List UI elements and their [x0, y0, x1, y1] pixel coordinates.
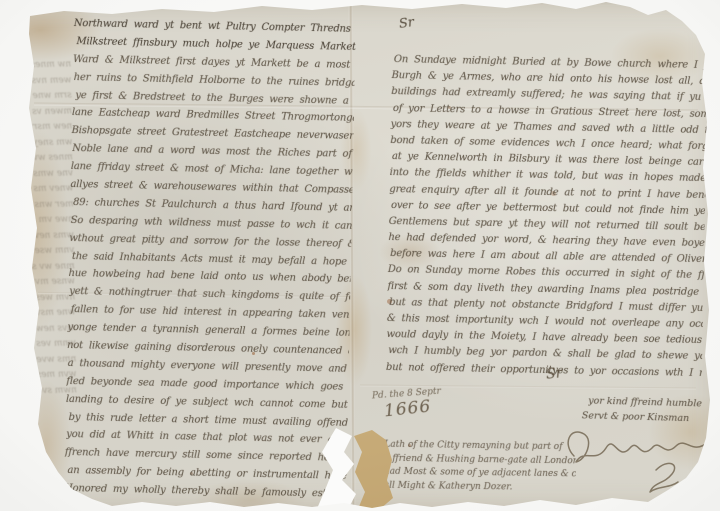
bleedthrough-line: vnm wse rn [2, 243, 74, 260]
bleedthrough-line: srm wne mv [0, 88, 72, 105]
bleedthrough-line: wms nev rm [2, 228, 74, 245]
bleedthrough-line: nw mnes vm sren [0, 57, 71, 74]
signature-flourish [560, 418, 716, 510]
bleedthrough-line: wm sney mv ne [0, 135, 72, 152]
verso-bleedthrough: nw mnes vm srenwem nvs mwesrm wne mvmwen… [0, 57, 77, 399]
bleedthrough-line: wnse mv re [3, 274, 75, 291]
right-page-text: On Sundaye midnight Buried at by Bowe ch… [386, 52, 708, 382]
bleedthrough-line: wne msv rn [3, 305, 75, 322]
bleedthrough-line: new msr vnw [0, 119, 72, 136]
bleedthrough-line: nms wve r [4, 352, 76, 369]
date-year: 1666 [383, 397, 432, 422]
bleedthrough-line: nvm wes rn [3, 290, 75, 307]
bleedthrough-line: nwe vm sner [2, 212, 74, 229]
postscript-line: all Might & Katheryn Dozer. [384, 479, 576, 495]
bleedthrough-line: wnev ms rn [1, 181, 73, 198]
bleedthrough-line: mer wns vne [1, 197, 73, 214]
bleedthrough-line: mne wv srn [3, 259, 75, 276]
bleedthrough-line: mwen vs nwe m [0, 104, 72, 121]
salutation-sir: Sr [398, 15, 415, 32]
postscript-block: Lath of the Citty remayning but part ofa… [384, 439, 577, 496]
bleedthrough-line: wnm ves r [4, 336, 76, 353]
bleedthrough-line: mnes wv rnwe [1, 150, 73, 167]
left-page-text: Northward ward yt bent wt Pultry Compter… [64, 15, 356, 504]
photo-background: nw mnes vm srenwem nvs mwesrm wne mvmwen… [0, 0, 720, 511]
bleedthrough-line: mvs new rn [4, 321, 76, 338]
closing-sir: Sr [545, 365, 563, 383]
manuscript-paper: nw mnes vm srenwem nvs mwesrm wne mvmwen… [0, 0, 720, 511]
bleedthrough-line: wem nvs mwe [0, 73, 72, 90]
bleedthrough-line: vne wms nre [1, 166, 73, 183]
